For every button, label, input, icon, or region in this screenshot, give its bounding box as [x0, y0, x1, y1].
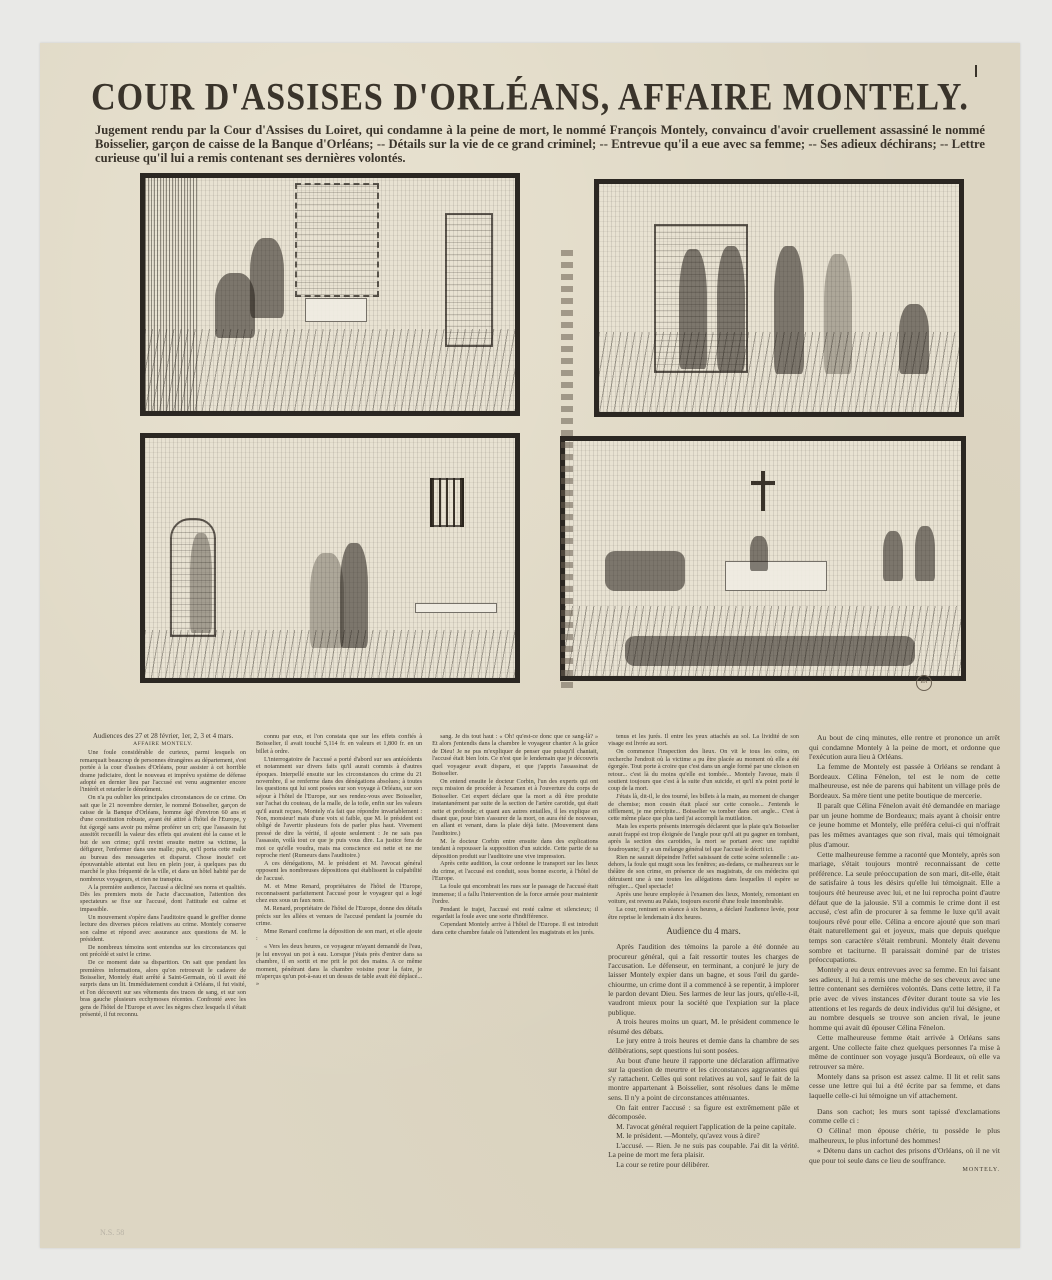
paragraph: Rien ne saurait dépeindre l'effet saisis…: [608, 854, 799, 891]
table: [415, 603, 497, 613]
hearing-dates: Audiences des 27 et 28 février, 1er, 2, …: [80, 733, 246, 740]
paragraph: Montely dans sa prison est assez calme. …: [809, 1072, 1000, 1101]
pencil-note: N.S. 58: [100, 1228, 124, 1237]
figure-jailer: [190, 533, 212, 633]
paragraph: M. le docteur Corbin entre ensuite dans …: [432, 838, 598, 860]
figure-wife: [310, 553, 344, 648]
paragraph: Dans son cachot; les murs sont tapissé d…: [809, 1107, 1000, 1126]
paragraph: Cette malheureuse femme était arrivée à …: [809, 1033, 1000, 1071]
paragraph: M. et Mme Renard, propriétaires de l'hôt…: [256, 883, 422, 905]
figure-gendarme: [717, 246, 745, 371]
section-heading: Audience du 4 mars.: [608, 927, 799, 936]
paragraph: Un mouvement s'opère dans l'auditoire qu…: [80, 914, 246, 944]
paragraph: Il paraît que Célina Fénelon avait été d…: [809, 801, 1000, 849]
paragraph: Au bout d'une heure il rapporte une décl…: [608, 1056, 799, 1102]
paragraph: J'étais là, dit-il, le dos tourné, les b…: [608, 793, 799, 823]
paragraph: Mme Renard confirme la déposition de son…: [256, 928, 422, 943]
illustration-arrest: [594, 179, 964, 417]
figure-victim: [215, 273, 255, 338]
paragraph: On fait entrer l'accusé : sa figure est …: [608, 1103, 799, 1122]
figure-wife: [899, 304, 929, 374]
paragraph: On entend ensuite le docteur Corbin, l'u…: [432, 778, 598, 837]
figure-montely: [824, 254, 852, 374]
illustration-courtroom: [560, 436, 966, 681]
paragraph: Au bout de cinq minutes, elle rentre et …: [809, 733, 1000, 762]
column-2: connu par eux, et l'on constata que sur …: [256, 733, 422, 1183]
paragraph: Après cette audition, la cour ordonne le…: [432, 860, 598, 882]
paragraph: A trois heures moins un quart, M. le pré…: [608, 1017, 799, 1036]
paragraph: Après une heure employée à l'examen des …: [608, 891, 799, 906]
paragraph: sang. Je dis tout haut : « Oh! qu'est-ce…: [432, 733, 598, 777]
paragraph: A la première audience, l'accusé a décli…: [80, 884, 246, 914]
paragraph: La cour se retire pour délibérer.: [608, 1160, 799, 1169]
paragraph: L'accusé. — Rien. Je ne suis pas coupabl…: [608, 1141, 799, 1160]
paragraph: Montely a eu deux entrevues avec sa femm…: [809, 965, 1000, 1032]
paragraph: On commence l'inspection des lieux. On v…: [608, 748, 799, 792]
paragraph: Mais les experts présents interrogés déc…: [608, 823, 799, 853]
signature: MONTELY.: [809, 1166, 1000, 1176]
page-subtitle: Jugement rendu par la Cour d'Assises du …: [95, 123, 985, 165]
page-title: COUR D'ASSISES D'ORLÉANS, AFFAIRE MONTEL…: [90, 76, 970, 120]
decorative-divider: [561, 248, 573, 688]
figure-gendarme: [883, 531, 903, 581]
article-body: Audiences des 27 et 28 février, 1er, 2, …: [80, 733, 1000, 1183]
paragraph: La femme de Montely est passée à Orléans…: [809, 762, 1000, 800]
paragraph: M. le président. —Montely, qu'avez vous …: [608, 1131, 799, 1140]
judges-bench: [725, 561, 827, 591]
column-3: sang. Je dis tout haut : « Oh! qu'est-ce…: [432, 733, 598, 1183]
paragraph: O Célina! mon épouse chérie, tu possède …: [809, 1126, 1000, 1145]
paragraph: De ce moment date sa disparition. On sai…: [80, 959, 246, 1018]
bed-canopy: [295, 183, 379, 297]
paragraph: Cette malheureuse femme a raconté que Mo…: [809, 850, 1000, 965]
paragraph: M. Renard, propriétaire de l'hôtel de l'…: [256, 905, 422, 927]
figure-gendarme: [915, 526, 935, 581]
figure-jury: [605, 551, 685, 591]
broadsheet-paper: COUR D'ASSISES D'ORLÉANS, AFFAIRE MONTEL…: [40, 43, 1020, 1248]
paragraph: Pendant le trajet, l'accusé est resté ca…: [432, 906, 598, 921]
figure-montely: [340, 543, 368, 648]
figure-attacker: [250, 238, 284, 318]
figure-judge: [750, 536, 768, 571]
case-name: AFFAIRE MONTELY.: [80, 741, 246, 748]
paragraph: A ces dénégations, M. le président et M.…: [256, 860, 422, 882]
illustration-assassination: [140, 173, 520, 416]
paragraph: Après l'audition des témoins la parole a…: [608, 942, 799, 1016]
paragraph: L'interrogatoire de l'accusé a porté d'a…: [256, 756, 422, 860]
column-1: Audiences des 27 et 28 février, 1er, 2, …: [80, 733, 246, 1183]
column-4: tenus et les jurés. Il entre les yeux at…: [608, 733, 799, 1183]
figure-audience: [625, 636, 915, 666]
paragraph: La foule qui encombrait les rues sur le …: [432, 883, 598, 905]
paragraph: connu par eux, et l'on constata que sur …: [256, 733, 422, 755]
paragraph: M. l'avocat général requiert l'applicati…: [608, 1122, 799, 1131]
table: [305, 298, 367, 322]
paragraph: La cour, rentrant en séance à six heures…: [608, 906, 799, 921]
paragraph: Cependant Montely arrive à l'hôtel de l'…: [432, 921, 598, 936]
illustration-prison-cell: [140, 433, 520, 683]
door: [445, 213, 493, 347]
corner-mark: [975, 65, 977, 77]
figure-commissioner: [774, 246, 804, 374]
barred-window: [430, 478, 464, 527]
paragraph: Une foule considérable de curieux, parmi…: [80, 749, 246, 793]
paragraph: « Détenu dans un cachot des prisons d'Or…: [809, 1146, 1000, 1165]
paragraph: tenus et les jurés. Il entre les yeux at…: [608, 733, 799, 748]
paragraph: « Vers les deux heures, ce voyageur m'ay…: [256, 943, 422, 987]
paragraph: Le jury entre à trois heures et demie da…: [608, 1036, 799, 1055]
library-stamp: BN: [916, 675, 932, 691]
crucifix: [761, 471, 765, 511]
figure-gendarme: [679, 249, 707, 369]
paragraph: De nombreux témoins sont entendus sur le…: [80, 944, 246, 959]
column-5: Au bout de cinq minutes, elle rentre et …: [809, 733, 1000, 1183]
paragraph: On n'a pu oublier les principales circon…: [80, 794, 246, 883]
